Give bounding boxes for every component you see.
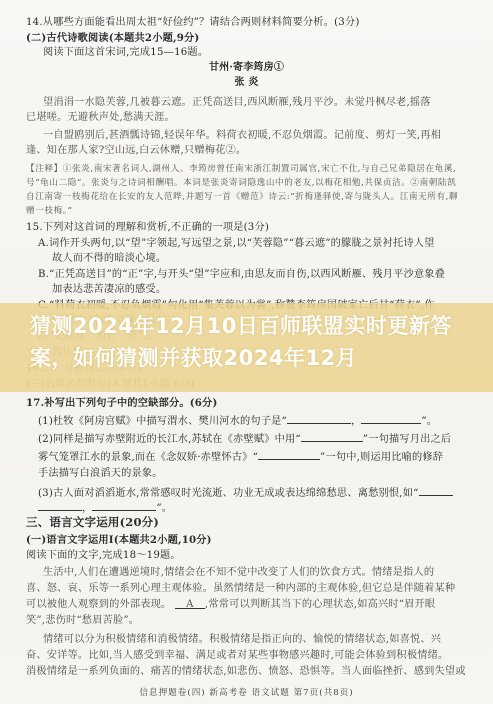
poem-line: 逢、知在那人家?空山远,白云休赠,只赠梅花②。 [26, 144, 493, 158]
answer-blank[interactable] [287, 413, 351, 424]
part3-intro: 阅读下面的文字,完成18～19题。 [26, 549, 493, 563]
option-a-cont: 故人而不得的暗淡心境。 [52, 252, 493, 266]
passage-line: 奋、安详等。比如,当人感受到幸福、满足或者对某些事物感兴趣时,可能会体验到积极情… [26, 649, 493, 663]
passage-text: 可以被他人观察到的外部表现。 [26, 599, 171, 610]
part3-title: 三、语言文字运用(20分) [26, 515, 493, 529]
passage-line: 消极情绪是一系列负面的、痛苦的情绪状态,如悲伤、愤怒、恐惧等。当人面临挫折、感到… [26, 665, 493, 679]
option-b-cont: 加表达悲苦凄凉的感受。 [52, 283, 493, 297]
answer-blank[interactable] [419, 485, 453, 496]
q17-item-1-text: (1)杜牧《阿房宫赋》中描写渭水、樊川河水的句子是“ [38, 416, 287, 427]
answer-blank[interactable] [258, 449, 320, 460]
answer-blank[interactable] [361, 413, 421, 424]
annotation-line: 号“龟山二隐”。张炎与之诗词相酬唱。本词是张炎寄词隐逸山中的老友,以梅花相勉,共… [26, 176, 493, 190]
annotation-line: 【注释】①张炎,南宋著名词人,湖州人。李筠房曾任南宋浙江制置司属官,宋亡不仕,与… [26, 162, 493, 176]
answer-blank[interactable] [301, 431, 363, 442]
section-ancient-poetry-intro: 阅读下面这首宋词,完成15—16题。 [43, 46, 493, 60]
passage-line: 生活中,人们在遭遇逆境时,情绪会在不知不觉中改变了人们的饮食方式。情绪是指人的 [43, 566, 493, 580]
q17-item-2-cont: 雾气笼罩江水的景象,而在《念奴娇·赤壁怀古》“”一句中,则运用比喻的修辞 [38, 449, 493, 465]
question-17: 17.补写出下列句子中的空缺部分。(6分) [26, 396, 493, 410]
section-ancient-poetry-title: (二)古代诗歌阅读(本题共2小题,9分) [26, 31, 493, 45]
passage-text: ,常常可以判断其当下的心理状态,如高兴时“眉开眼 [205, 599, 435, 610]
option-b: B.“正凭高送目”的“正”字,与开头“望”字应和,由思友而自伤,以西风断雁、残月… [38, 268, 493, 282]
overlay-title[interactable]: 猜测2024年12月10日百师联盟实时更新答案，如何猜测并获取2024年12月 [30, 310, 490, 374]
blank-a[interactable]: A [175, 598, 205, 609]
question-15: 15.下列对这首词的理解和赏析,不正确的一项是(3分) [26, 221, 493, 235]
q17-item-3-text: (3)古人面对滔滔逝水,常常感叹时光流逝、功业无成或表达绵绵愁思、离愁别恨,如“ [38, 488, 419, 499]
poem-line: 望涓涓一水隐芙蓉,几被暮云遮。正凭高送目,西风断雁,残月平沙。未觉丹枫尽老,摇落 [43, 96, 493, 110]
annotation-line: 赠一枝梅。” [26, 204, 493, 218]
q17-item-3-cont: ，”。 [38, 500, 493, 516]
option-a: A.词作开头两句,以“望”字领起,写远望之景,以“芙蓉隐”“暮云遮”的朦胧之景衬… [38, 237, 493, 251]
poem-title: 甘州·寄李筠房① [0, 61, 493, 75]
passage-line: 笑”,悲伤时“愁眉苦脸”。 [26, 614, 493, 628]
passage-line: 可以被他人观察到的外部表现。 A,常常可以判断其当下的心理状态,如高兴时“眉开眼 [26, 598, 493, 612]
poem-line: 已堪嗟。无避秋声处,愁满天涯。 [26, 111, 493, 125]
q17-item-1: (1)杜牧《阿房宫赋》中描写渭水、樊川河水的句子是“，”。 [38, 413, 493, 429]
q17-item-2: (2)同样是描写赤壁附近的长江水,苏轼在《赤壁赋》中用“”一句描写月出之后 [38, 431, 493, 447]
answer-blank[interactable] [92, 500, 156, 511]
poem-line: 一自盟鸥别后,甚酒瓢诗锦,轻误年华。料荷衣初暖,不忍负烟霞。记前度、剪灯一笑,再… [43, 129, 493, 143]
page-footer: 信息押题卷(四) 新高考卷 语文试题 第7页(共8页) [0, 686, 493, 700]
q17-item-2-end: 手法描写白浪滔天的景象。 [38, 467, 493, 481]
annotation-line: 自江南寄一枝梅花给在长安的友人范晔,并题写一首《赠范》诗云:“折梅逢驿使,寄与陇… [26, 190, 493, 204]
q17-item-2b-text: 雾气笼罩江水的景象,而在《念奴娇·赤壁怀古》“ [38, 452, 258, 463]
q17-item-2-text: (2)同样是描写赤壁附近的长江水,苏轼在《赤壁赋》中用“ [38, 434, 301, 445]
poem-author: 张 炎 [0, 76, 493, 90]
passage-line: 情绪可以分为积极情绪和消极情绪。积极情绪是指正向的、愉悦的情绪状态,如喜悦、兴 [43, 633, 493, 647]
passage-line: 喜、怒、哀、乐等一系列心理主观体验。虽然情绪是一种内部的主观体验,但它总是伴随着… [26, 582, 493, 596]
q17-item-2b-tail: ”一句中,则运用比喻的修辞 [320, 452, 443, 463]
q17-item-2-tail: ”一句描写月出之后 [363, 434, 452, 445]
q17-item-3: (3)古人面对滔滔逝水,常常感叹时光流逝、功业无成或表达绵绵愁思、离愁别恨,如“ [38, 485, 493, 501]
answer-blank[interactable] [38, 500, 82, 511]
part3-subtitle: (一)语言文字运用Ⅰ(本题共2小题,10分) [26, 533, 493, 547]
question-14: 14.从哪些方面能看出周太祖“好俭约”？请结合两则材料简要分析。(3分) [26, 16, 493, 30]
